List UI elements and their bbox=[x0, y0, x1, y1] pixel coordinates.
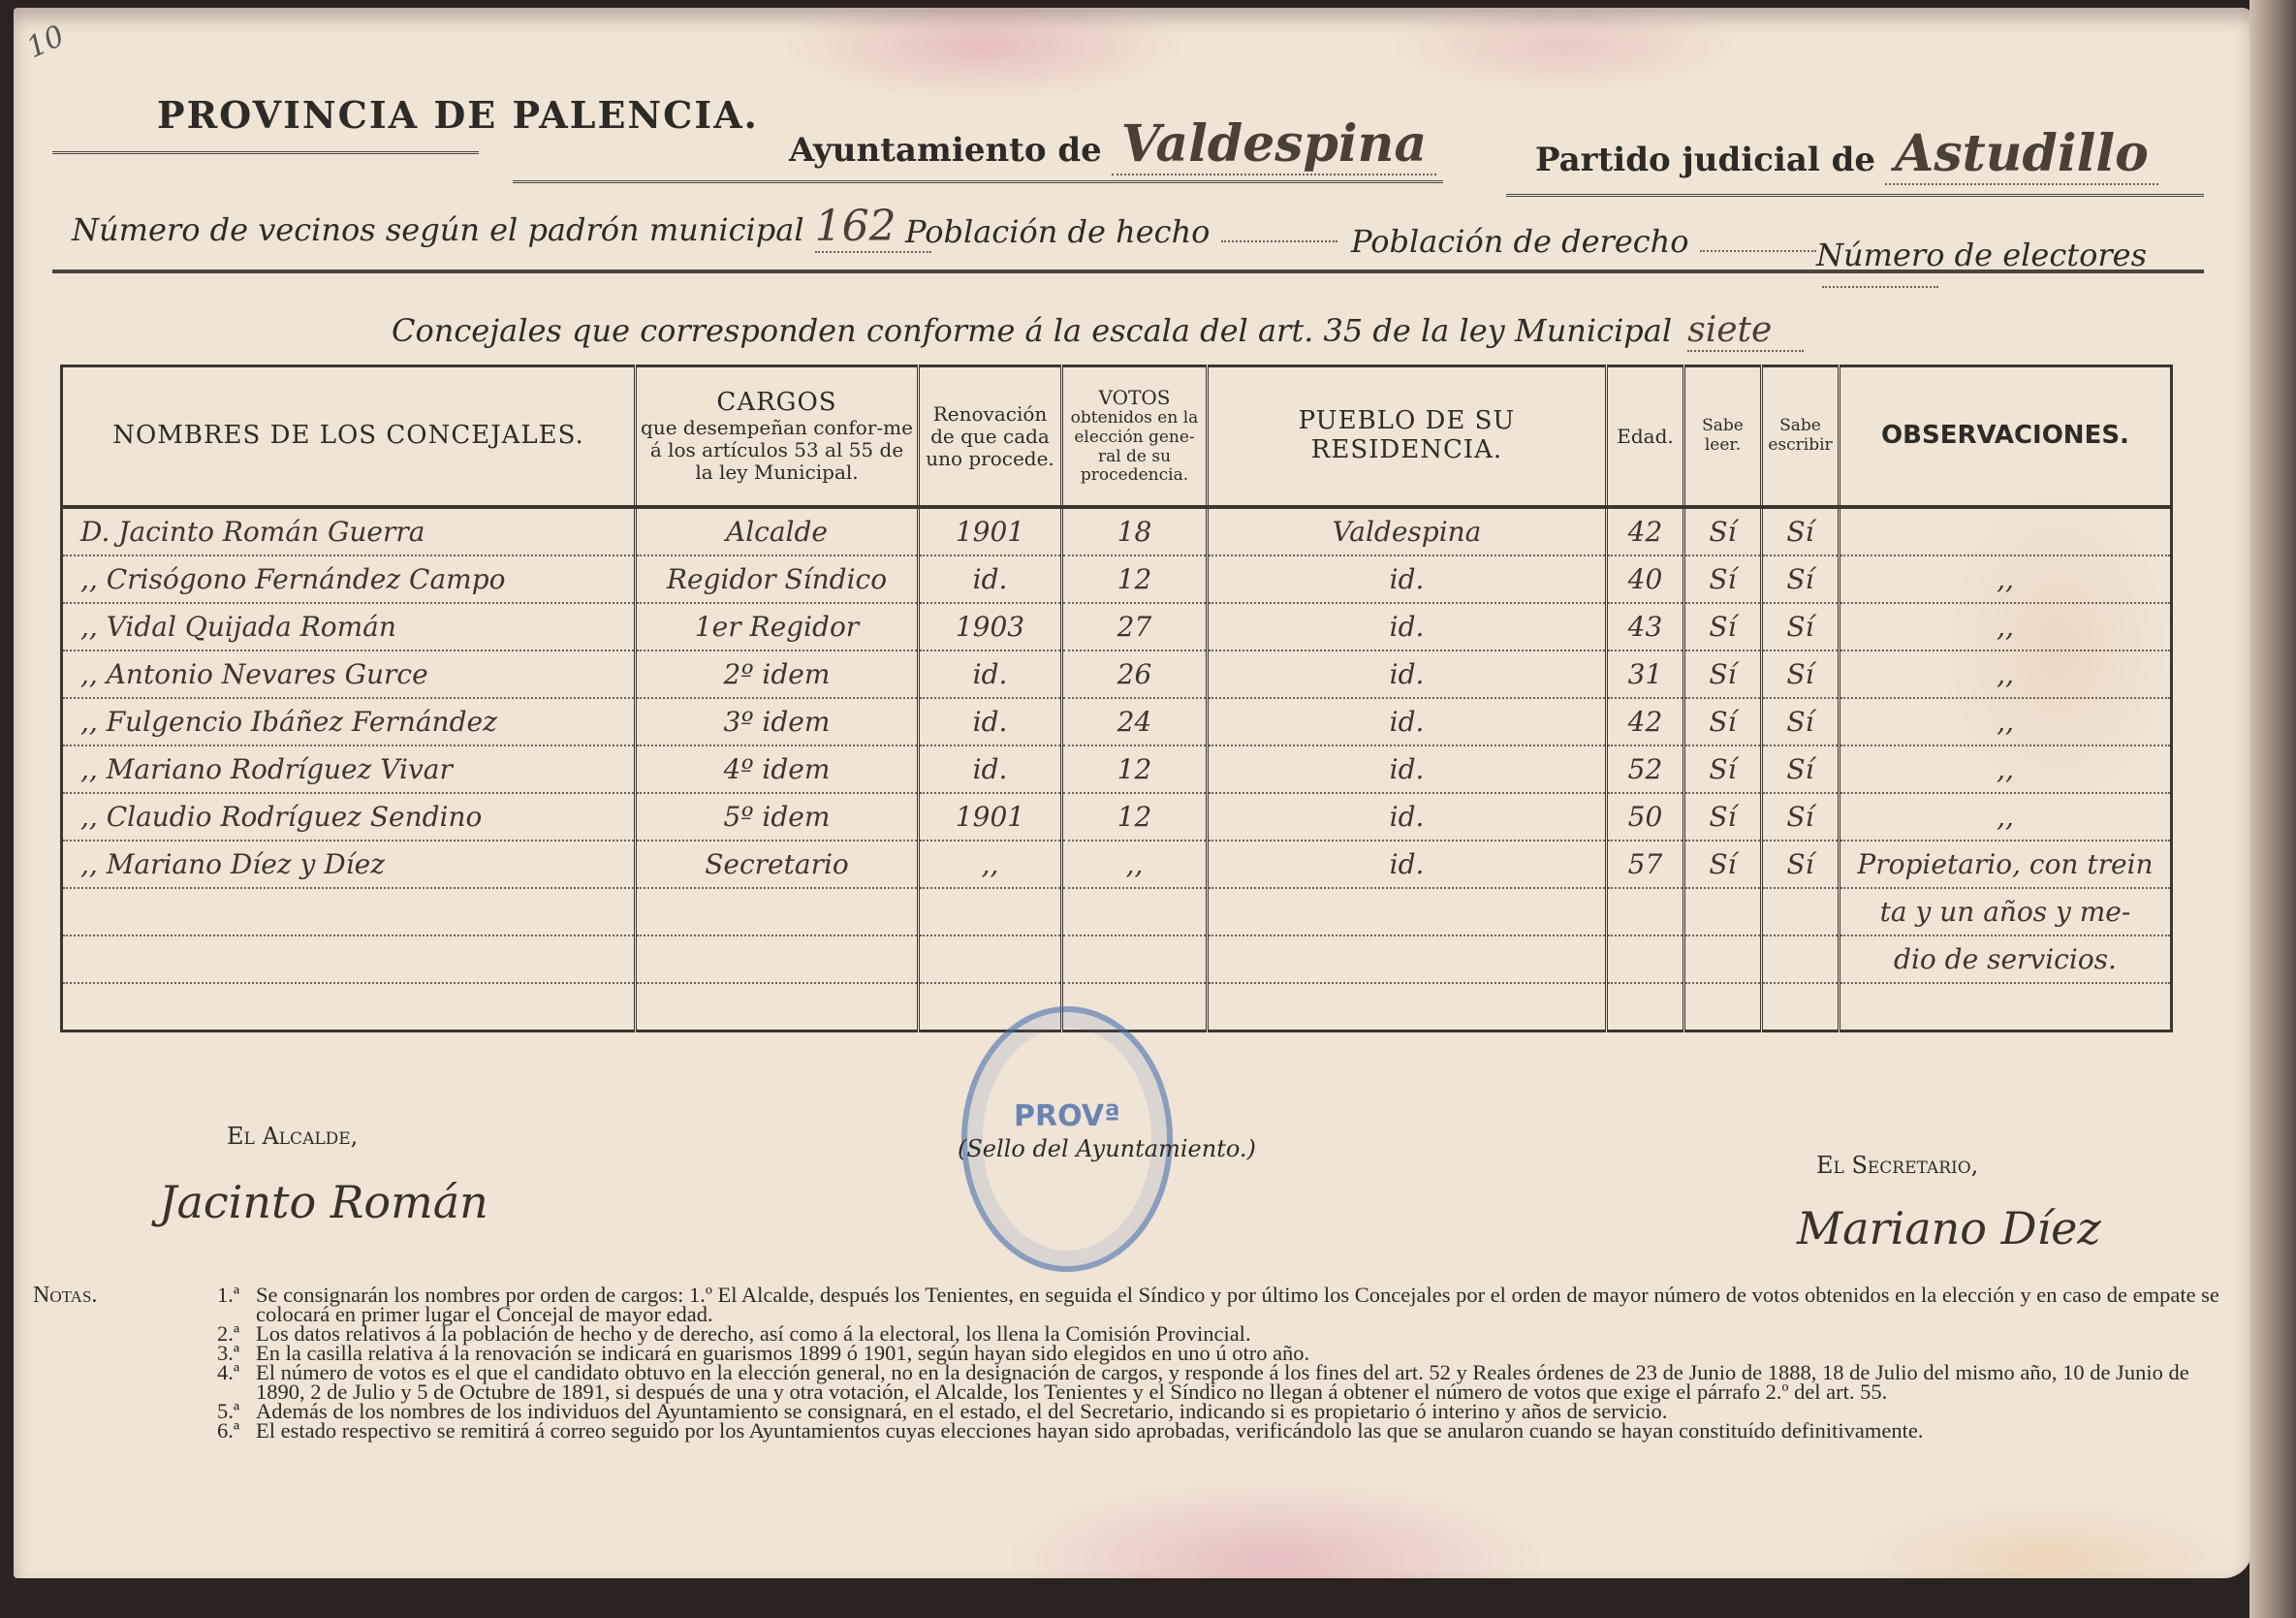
page-number-mark: 10 bbox=[21, 19, 69, 66]
col-header-nombres: NOMBRES DE LOS CONCEJALES. bbox=[62, 366, 636, 508]
col-header-votos: VOTOSobtenidos en la elección gene-ral d… bbox=[1062, 366, 1208, 508]
cell-edad: 42 bbox=[1607, 507, 1684, 555]
divider bbox=[513, 180, 1443, 183]
cell-votos bbox=[1062, 888, 1208, 936]
cell-cargo: Regidor Síndico bbox=[636, 555, 919, 603]
secretario-signature: Mariano Díez bbox=[1797, 1202, 2101, 1254]
cell-cargo bbox=[636, 936, 919, 983]
poblacion-derecho-field: Población de derecho bbox=[1351, 223, 1816, 260]
table-row: ,, Mariano Rodríguez Vivar4º idemid.12id… bbox=[62, 746, 2172, 793]
cell-renovacion: 1903 bbox=[919, 603, 1062, 650]
cell-edad bbox=[1607, 936, 1684, 983]
cell-pueblo: id. bbox=[1208, 793, 1607, 841]
cell-observaciones: ,, bbox=[1840, 650, 2172, 698]
cell-sabe-leer: Sí bbox=[1684, 555, 1762, 603]
col-header-sabe-leer: Sabe leer. bbox=[1684, 366, 1762, 508]
cell-votos: 12 bbox=[1062, 793, 1208, 841]
province-title: PROVINCIA DE PALENCIA. bbox=[157, 93, 759, 137]
cell-sabe-leer: Sí bbox=[1684, 841, 1762, 888]
cell-renovacion bbox=[919, 888, 1062, 936]
col-header-observaciones: OBSERVACIONES. bbox=[1840, 366, 2172, 508]
cell-pueblo: Valdespina bbox=[1208, 507, 1607, 555]
cell-votos: 12 bbox=[1062, 746, 1208, 793]
document-page: 10 PROVINCIA DE PALENCIA. Ayuntamiento d… bbox=[14, 8, 2252, 1578]
cell-renovacion bbox=[919, 936, 1062, 983]
partido-value: Astudillo bbox=[1885, 124, 2158, 185]
cell-nombre: ,, Antonio Nevares Gurce bbox=[62, 650, 636, 698]
cell-observaciones: dio de servicios. bbox=[1840, 936, 2172, 983]
poblacion-derecho-value bbox=[1700, 250, 1816, 252]
cell-observaciones bbox=[1840, 507, 2172, 555]
col-header-cargos: CARGOSque desempeñan confor-me á los art… bbox=[636, 366, 919, 508]
cell-nombre bbox=[62, 983, 636, 1031]
cell-nombre bbox=[62, 936, 636, 983]
cell-observaciones: ,, bbox=[1840, 746, 2172, 793]
sello-label: (Sello del Ayuntamiento.) bbox=[958, 1135, 1256, 1162]
cell-sabe-escribir bbox=[1762, 888, 1840, 936]
note-text: Se consignarán los nombres por orden de … bbox=[256, 1283, 2219, 1326]
cell-sabe-escribir bbox=[1762, 936, 1840, 983]
ayuntamiento-field: Ayuntamiento de Valdespina bbox=[789, 114, 1436, 175]
cell-votos: ,, bbox=[1062, 841, 1208, 888]
cell-cargo: 4º idem bbox=[636, 746, 919, 793]
note-item: 4.ªEl número de votos es el que el candi… bbox=[33, 1363, 2223, 1402]
seal-text: PROVª bbox=[967, 1099, 1167, 1133]
cell-observaciones: ,, bbox=[1840, 698, 2172, 746]
col-header-edad: Edad. bbox=[1607, 366, 1684, 508]
note-number: 6.ª bbox=[217, 1421, 256, 1441]
cell-votos: 26 bbox=[1062, 650, 1208, 698]
cell-pueblo bbox=[1208, 936, 1607, 983]
cell-edad: 31 bbox=[1607, 650, 1684, 698]
cell-sabe-escribir: Sí bbox=[1762, 841, 1840, 888]
concejales-count-line: Concejales que corresponden conforme á l… bbox=[392, 310, 1804, 352]
poblacion-hecho-value bbox=[1221, 240, 1337, 242]
cell-renovacion: ,, bbox=[919, 841, 1062, 888]
poblacion-hecho-label: Población de hecho bbox=[905, 213, 1210, 250]
notes-section: Notas. 1.ªSe consignarán los nombres por… bbox=[33, 1285, 2223, 1441]
cell-pueblo: id. bbox=[1208, 650, 1607, 698]
cell-renovacion: id. bbox=[919, 650, 1062, 698]
cell-nombre: ,, Crisógono Fernández Campo bbox=[62, 555, 636, 603]
cell-sabe-leer bbox=[1684, 888, 1762, 936]
electores-label: Número de electores bbox=[1816, 237, 2147, 273]
poblacion-hecho-field: Población de hecho bbox=[905, 213, 1337, 250]
cell-cargo: Alcalde bbox=[636, 507, 919, 555]
col-header-pueblo: PUEBLO DE SU RESIDENCIA. bbox=[1208, 366, 1607, 508]
cell-observaciones: Propietario, con trein bbox=[1840, 841, 2172, 888]
cell-sabe-leer bbox=[1684, 983, 1762, 1031]
cell-cargo: 5º idem bbox=[636, 793, 919, 841]
cell-votos: 18 bbox=[1062, 507, 1208, 555]
cell-pueblo bbox=[1208, 983, 1607, 1031]
cell-sabe-escribir: Sí bbox=[1762, 746, 1840, 793]
cell-sabe-leer: Sí bbox=[1684, 698, 1762, 746]
cell-renovacion: id. bbox=[919, 555, 1062, 603]
cell-sabe-escribir: Sí bbox=[1762, 555, 1840, 603]
table-row: ,, Vidal Quijada Román1er Regidor190327i… bbox=[62, 603, 2172, 650]
vecinos-field: Número de vecinos según el padrón munici… bbox=[72, 202, 931, 253]
table-row: D. Jacinto Román GuerraAlcalde190118Vald… bbox=[62, 507, 2172, 555]
cell-sabe-escribir: Sí bbox=[1762, 603, 1840, 650]
cell-cargo bbox=[636, 888, 919, 936]
alcalde-signature: Jacinto Román bbox=[159, 1176, 488, 1228]
table-row: ,, Claudio Rodríguez Sendino5º idem19011… bbox=[62, 793, 2172, 841]
cell-pueblo: id. bbox=[1208, 746, 1607, 793]
cell-nombre: ,, Fulgencio Ibáñez Fernández bbox=[62, 698, 636, 746]
cell-edad bbox=[1607, 888, 1684, 936]
cell-renovacion: 1901 bbox=[919, 507, 1062, 555]
cell-votos: 27 bbox=[1062, 603, 1208, 650]
cell-observaciones bbox=[1840, 983, 2172, 1031]
concejales-table: NOMBRES DE LOS CONCEJALES. CARGOSque des… bbox=[60, 365, 2173, 1032]
cell-renovacion: id. bbox=[919, 746, 1062, 793]
table-header-row: NOMBRES DE LOS CONCEJALES. CARGOSque des… bbox=[62, 366, 2172, 508]
electores-field: Número de electores bbox=[1816, 237, 2252, 292]
cell-sabe-leer: Sí bbox=[1684, 603, 1762, 650]
electores-value bbox=[1822, 286, 1938, 288]
note-number: 4.ª bbox=[217, 1363, 256, 1382]
partido-label: Partido judicial de bbox=[1535, 141, 1875, 179]
cell-votos: 12 bbox=[1062, 555, 1208, 603]
poblacion-derecho-label: Población de derecho bbox=[1351, 223, 1689, 260]
secretario-label: El Secretario, bbox=[1816, 1152, 1978, 1179]
cell-edad: 57 bbox=[1607, 841, 1684, 888]
cell-cargo: 3º idem bbox=[636, 698, 919, 746]
cell-nombre: ,, Claudio Rodríguez Sendino bbox=[62, 793, 636, 841]
cell-cargo: 1er Regidor bbox=[636, 603, 919, 650]
cell-edad: 40 bbox=[1607, 555, 1684, 603]
cell-sabe-leer bbox=[1684, 936, 1762, 983]
cell-sabe-escribir bbox=[1762, 983, 1840, 1031]
cell-nombre: ,, Mariano Rodríguez Vivar bbox=[62, 746, 636, 793]
divider bbox=[52, 270, 2204, 273]
cell-edad: 43 bbox=[1607, 603, 1684, 650]
divider bbox=[52, 151, 479, 154]
cell-edad bbox=[1607, 983, 1684, 1031]
concejales-count-label: Concejales que corresponden conforme á l… bbox=[392, 312, 1672, 349]
col-header-renovacion: Renovación de que cada uno procede. bbox=[919, 366, 1062, 508]
note-number: 1.ª bbox=[217, 1285, 256, 1305]
cell-renovacion: 1901 bbox=[919, 793, 1062, 841]
cell-nombre: ,, Vidal Quijada Román bbox=[62, 603, 636, 650]
table-row: ,, Crisógono Fernández CampoRegidor Sínd… bbox=[62, 555, 2172, 603]
cell-nombre: ,, Mariano Díez y Díez bbox=[62, 841, 636, 888]
alcalde-label: El Alcalde, bbox=[227, 1123, 358, 1150]
cell-sabe-leer: Sí bbox=[1684, 650, 1762, 698]
cell-sabe-escribir: Sí bbox=[1762, 698, 1840, 746]
ayuntamiento-label: Ayuntamiento de bbox=[789, 131, 1102, 170]
note-text: El número de votos es el que el candidat… bbox=[256, 1360, 2189, 1404]
cell-observaciones: ,, bbox=[1840, 555, 2172, 603]
cell-observaciones: ,, bbox=[1840, 603, 2172, 650]
book-binding bbox=[2249, 0, 2296, 1618]
col-header-sabe-escribir: Sabe escribir bbox=[1762, 366, 1840, 508]
cell-sabe-escribir: Sí bbox=[1762, 507, 1840, 555]
cell-observaciones: ta y un años y me- bbox=[1840, 888, 2172, 936]
table-row: ,, Fulgencio Ibáñez Fernández3º idemid.2… bbox=[62, 698, 2172, 746]
note-text: El estado respectivo se remitirá á corre… bbox=[256, 1418, 1924, 1443]
concejales-count-value: siete bbox=[1687, 310, 1804, 352]
cell-cargo: 2º idem bbox=[636, 650, 919, 698]
cell-edad: 42 bbox=[1607, 698, 1684, 746]
cell-sabe-escribir: Sí bbox=[1762, 793, 1840, 841]
cell-edad: 50 bbox=[1607, 793, 1684, 841]
cell-pueblo: id. bbox=[1208, 841, 1607, 888]
cell-cargo bbox=[636, 983, 919, 1031]
partido-field: Partido judicial de Astudillo bbox=[1535, 124, 2158, 185]
cell-cargo: Secretario bbox=[636, 841, 919, 888]
cell-pueblo: id. bbox=[1208, 603, 1607, 650]
cell-edad: 52 bbox=[1607, 746, 1684, 793]
table-row: ,, Mariano Díez y DíezSecretario,,,,id.5… bbox=[62, 841, 2172, 888]
cell-observaciones: ,, bbox=[1840, 793, 2172, 841]
table-row: ta y un años y me- bbox=[62, 888, 2172, 936]
table-row: dio de servicios. bbox=[62, 936, 2172, 983]
vecinos-label: Número de vecinos según el padrón munici… bbox=[72, 211, 804, 248]
cell-nombre bbox=[62, 888, 636, 936]
cell-votos bbox=[1062, 936, 1208, 983]
cell-sabe-leer: Sí bbox=[1684, 507, 1762, 555]
cell-pueblo: id. bbox=[1208, 555, 1607, 603]
cell-pueblo: id. bbox=[1208, 698, 1607, 746]
cell-nombre: D. Jacinto Román Guerra bbox=[62, 507, 636, 555]
note-item: 1.ªSe consignarán los nombres por orden … bbox=[33, 1285, 2223, 1324]
cell-pueblo bbox=[1208, 888, 1607, 936]
ayuntamiento-value: Valdespina bbox=[1112, 114, 1436, 175]
cell-renovacion: id. bbox=[919, 698, 1062, 746]
cell-sabe-leer: Sí bbox=[1684, 793, 1762, 841]
divider bbox=[1506, 194, 2204, 197]
note-item: 6.ªEl estado respectivo se remitirá á co… bbox=[33, 1421, 2223, 1441]
cell-sabe-leer: Sí bbox=[1684, 746, 1762, 793]
cell-sabe-escribir: Sí bbox=[1762, 650, 1840, 698]
table-row: ,, Antonio Nevares Gurce2º idemid.26id.3… bbox=[62, 650, 2172, 698]
cell-votos: 24 bbox=[1062, 698, 1208, 746]
